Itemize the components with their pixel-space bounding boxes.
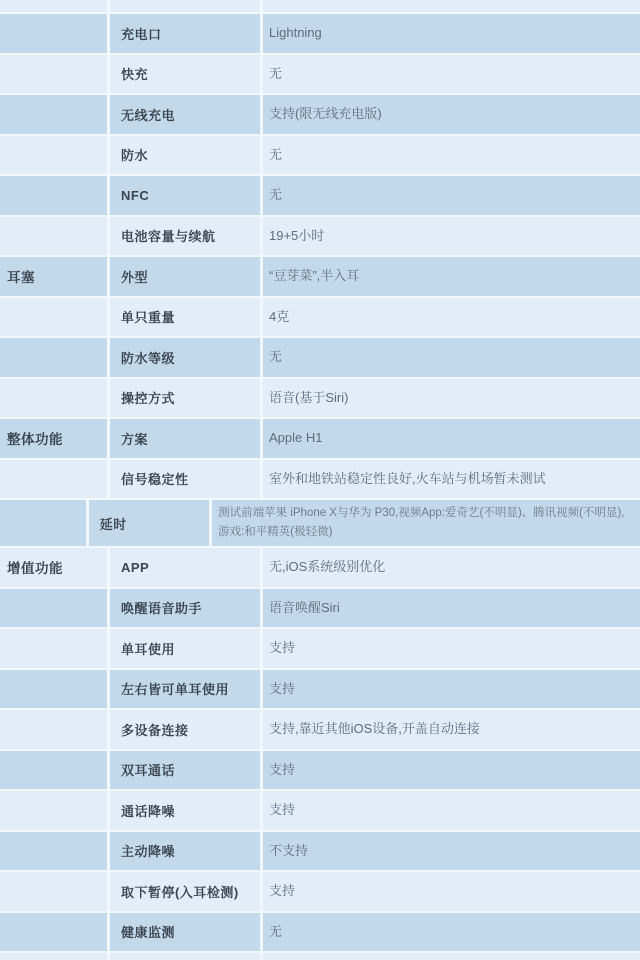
spec-value-cell: 支持 <box>263 791 640 830</box>
spec-label-cell: 左右皆可单耳使用 <box>110 670 260 709</box>
spec-label-cell: 防水 <box>110 136 260 175</box>
spec-value-cell: 4克 <box>263 298 640 337</box>
category-cell <box>0 872 107 911</box>
spec-label-cell: 延时 <box>89 500 209 546</box>
category-cell <box>0 14 107 53</box>
category-cell: 整体功能 <box>0 419 107 458</box>
spec-value-cell: 支持 <box>263 872 640 911</box>
spec-value-cell: 支持 <box>263 751 640 790</box>
category-cell <box>0 95 107 134</box>
category-cell <box>0 832 107 871</box>
category-cell <box>0 629 107 668</box>
spec-label-cell: 单只重量 <box>110 298 260 337</box>
spec-value-cell: “豆芽菜”,半入耳 <box>263 257 640 296</box>
table-row: 防水 无 <box>0 136 640 175</box>
spec-label-cell: 电池容量与续航 <box>110 217 260 256</box>
spec-label-cell: 信号稳定性 <box>110 460 260 499</box>
spec-label-cell: 取下暂停(入耳检测) <box>110 872 260 911</box>
table-row: 整体功能 方案 Apple H1 <box>0 419 640 458</box>
spec-value-cell: 19+5小时 <box>263 217 640 256</box>
category-cell <box>0 338 107 377</box>
spec-value-cell: Apple H1 <box>263 419 640 458</box>
spec-label-cell: APP <box>110 548 260 587</box>
table-row: 单只重量 4克 <box>0 298 640 337</box>
category-cell <box>0 913 107 952</box>
spec-value-cell <box>263 0 640 12</box>
spec-label-cell: 方案 <box>110 419 260 458</box>
spec-value-cell: 支持(限无线充电版) <box>263 95 640 134</box>
spec-label-cell: 主动降噪 <box>110 832 260 871</box>
spec-table: 充电口 Lightning 快充 无 无线充电 支持(限无线充电版) 防水 无 … <box>0 0 640 960</box>
spec-label-cell: 充电口 <box>110 14 260 53</box>
spec-label-cell: 唤醒语音助手 <box>110 589 260 628</box>
category-cell: 耳塞 <box>0 257 107 296</box>
category-cell <box>0 217 107 256</box>
category-cell <box>0 176 107 215</box>
spec-value-cell: 无 <box>263 176 640 215</box>
table-row: 单耳使用 支持 <box>0 629 640 668</box>
category-cell <box>0 55 107 94</box>
spec-label-cell: 多设备连接 <box>110 710 260 749</box>
category-cell <box>0 500 86 546</box>
spec-value-cell: 室外和地铁站稳定性良好,火车站与机场暂未测试 <box>263 460 640 499</box>
table-row: 耳塞 外型 “豆芽菜”,半入耳 <box>0 257 640 296</box>
category-cell <box>0 791 107 830</box>
spec-label-cell: NFC <box>110 176 260 215</box>
category-cell <box>0 379 107 418</box>
category-cell <box>0 670 107 709</box>
table-row: 无线充电 支持(限无线充电版) <box>0 95 640 134</box>
table-row: 主动降噪 不支持 <box>0 832 640 871</box>
spec-value-cell <box>263 953 640 960</box>
spec-value-cell: 无 <box>263 913 640 952</box>
spec-label-cell: 健康监测 <box>110 913 260 952</box>
table-row: 取下暂停(入耳检测) 支持 <box>0 872 640 911</box>
spec-value-cell: 无 <box>263 55 640 94</box>
table-row: 增值功能 APP 无,iOS系统级别优化 <box>0 548 640 587</box>
spec-value-cell: 无 <box>263 136 640 175</box>
spec-value-cell: 支持,靠近其他iOS设备,开盖自动连接 <box>263 710 640 749</box>
table-row <box>0 953 640 960</box>
table-row: NFC 无 <box>0 176 640 215</box>
table-row <box>0 0 640 12</box>
category-cell <box>0 136 107 175</box>
category-cell <box>0 953 107 960</box>
table-row: 操控方式 语音(基于Siri) <box>0 379 640 418</box>
spec-value-cell: 无 <box>263 338 640 377</box>
spec-label-cell: 外型 <box>110 257 260 296</box>
spec-value-cell: Lightning <box>263 14 640 53</box>
table-row: 延时 测试前端苹果 iPhone X与华为 P30,视频App:爱奇艺(不明显)… <box>0 500 640 546</box>
spec-label-cell: 快充 <box>110 55 260 94</box>
category-cell <box>0 710 107 749</box>
spec-value-cell: 测试前端苹果 iPhone X与华为 P30,视频App:爱奇艺(不明显)、腾讯… <box>212 500 640 546</box>
table-row: 双耳通话 支持 <box>0 751 640 790</box>
spec-label-cell: 防水等级 <box>110 338 260 377</box>
table-row: 信号稳定性 室外和地铁站稳定性良好,火车站与机场暂未测试 <box>0 460 640 499</box>
table-row: 健康监测 无 <box>0 913 640 952</box>
spec-value-cell: 不支持 <box>263 832 640 871</box>
table-row: 电池容量与续航 19+5小时 <box>0 217 640 256</box>
spec-value-cell: 支持 <box>263 670 640 709</box>
table-row: 通话降噪 支持 <box>0 791 640 830</box>
spec-label-cell <box>110 953 260 960</box>
spec-label-cell: 通话降噪 <box>110 791 260 830</box>
table-row: 快充 无 <box>0 55 640 94</box>
category-cell <box>0 298 107 337</box>
category-cell <box>0 0 107 12</box>
spec-label-cell: 单耳使用 <box>110 629 260 668</box>
category-cell: 增值功能 <box>0 548 107 587</box>
spec-value-cell: 语音唤醒Siri <box>263 589 640 628</box>
category-cell <box>0 751 107 790</box>
spec-value-cell: 支持 <box>263 629 640 668</box>
table-row: 防水等级 无 <box>0 338 640 377</box>
category-cell <box>0 589 107 628</box>
spec-label-cell: 双耳通话 <box>110 751 260 790</box>
table-row: 多设备连接 支持,靠近其他iOS设备,开盖自动连接 <box>0 710 640 749</box>
spec-label-cell: 操控方式 <box>110 379 260 418</box>
spec-label-cell <box>110 0 260 12</box>
table-row: 左右皆可单耳使用 支持 <box>0 670 640 709</box>
table-row: 唤醒语音助手 语音唤醒Siri <box>0 589 640 628</box>
spec-label-cell: 无线充电 <box>110 95 260 134</box>
spec-value-cell: 语音(基于Siri) <box>263 379 640 418</box>
category-cell <box>0 460 107 499</box>
table-row: 充电口 Lightning <box>0 14 640 53</box>
spec-value-cell: 无,iOS系统级别优化 <box>263 548 640 587</box>
